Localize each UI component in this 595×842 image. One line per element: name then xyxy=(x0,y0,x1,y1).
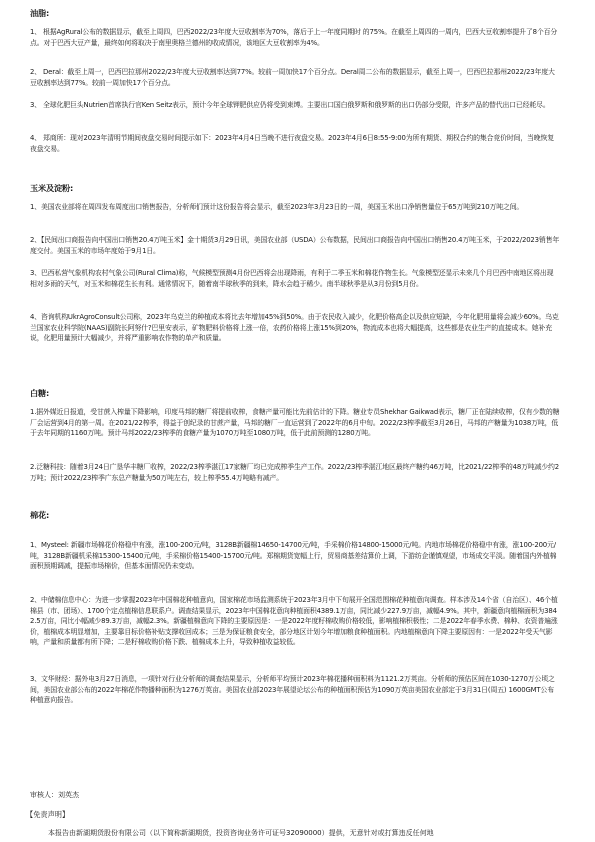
disclaimer-body: 本报告由新湖期货股份有限公司（以下简称新湖期货，投资咨询业务许可证号320900… xyxy=(48,828,568,838)
reviewer-line: 审核人：刘英杰 xyxy=(30,790,79,800)
cotton-item-1: 1、Mysteel: 新疆市场棉花价格稳中有涨，涨100-200元/吨，3128… xyxy=(30,540,560,572)
section-title-cotton: 棉花: xyxy=(30,510,49,521)
section-title-corn: 玉米及淀粉: xyxy=(30,183,73,194)
corn-item-2: 2、【民间出口商报告向中国出口销售20.4万吨玉米】金十期货3月29日讯，美国农… xyxy=(30,235,560,256)
oils-item-2: 2、 Deral：截至上周一，巴西巴拉那州2022/23年度大豆收割率达到77%… xyxy=(30,67,560,88)
oils-item-4: 4、 郑商所：现对2023年清明节期间夜盘交易时间提示如下：2023年4月4日当… xyxy=(30,133,560,154)
sugar-item-2: 2.泛糖科技：随着3月24日广垦华丰糖厂收榨，2022/23榨季湛江17家糖厂均… xyxy=(30,462,560,483)
oils-item-3: 3、 全球化肥巨头Nutrien首席执行官Ken Seitz表示，预计今年全球钾… xyxy=(30,100,560,111)
oils-item-1: 1、 根据AgRural公布的数据显示，截至上周四，巴西2022/23年度大豆收… xyxy=(30,27,560,48)
corn-item-1: 1、美国农业部将在周四发布周度出口销售报告，分析师们预计这份报告将会显示，截至2… xyxy=(30,202,560,213)
corn-item-3: 3、巴西私营气象机构农村气象公司(Rural Clima)称，气候模型预测4月份… xyxy=(30,268,560,289)
cotton-item-2: 2、中储棉信息中心：为进一步掌握2023年中国棉花种植意向，国家棉花市场监测系统… xyxy=(30,595,560,648)
cotton-item-3: 3、文华财经：据外电3月27日消息，一项针对行业分析师的调查结果显示，分析师平均… xyxy=(30,674,560,706)
section-title-sugar: 白糖: xyxy=(30,388,49,399)
disclaimer-title: 【免责声明】 xyxy=(26,810,69,820)
section-title-oils: 油脂: xyxy=(30,8,49,19)
corn-item-4: 4、咨询机构UkrAgroConsult公司称，2023年乌克兰的种植成本将比去… xyxy=(30,312,560,344)
document-page: 油脂: 1、 根据AgRural公布的数据显示，截至上周四，巴西2022/23年… xyxy=(0,0,595,842)
sugar-item-1: 1.据外媒近日报道，受甘蔗入榨量下降影响，印度马邦的糖厂将提前收榨，食糖产量可能… xyxy=(30,407,560,439)
